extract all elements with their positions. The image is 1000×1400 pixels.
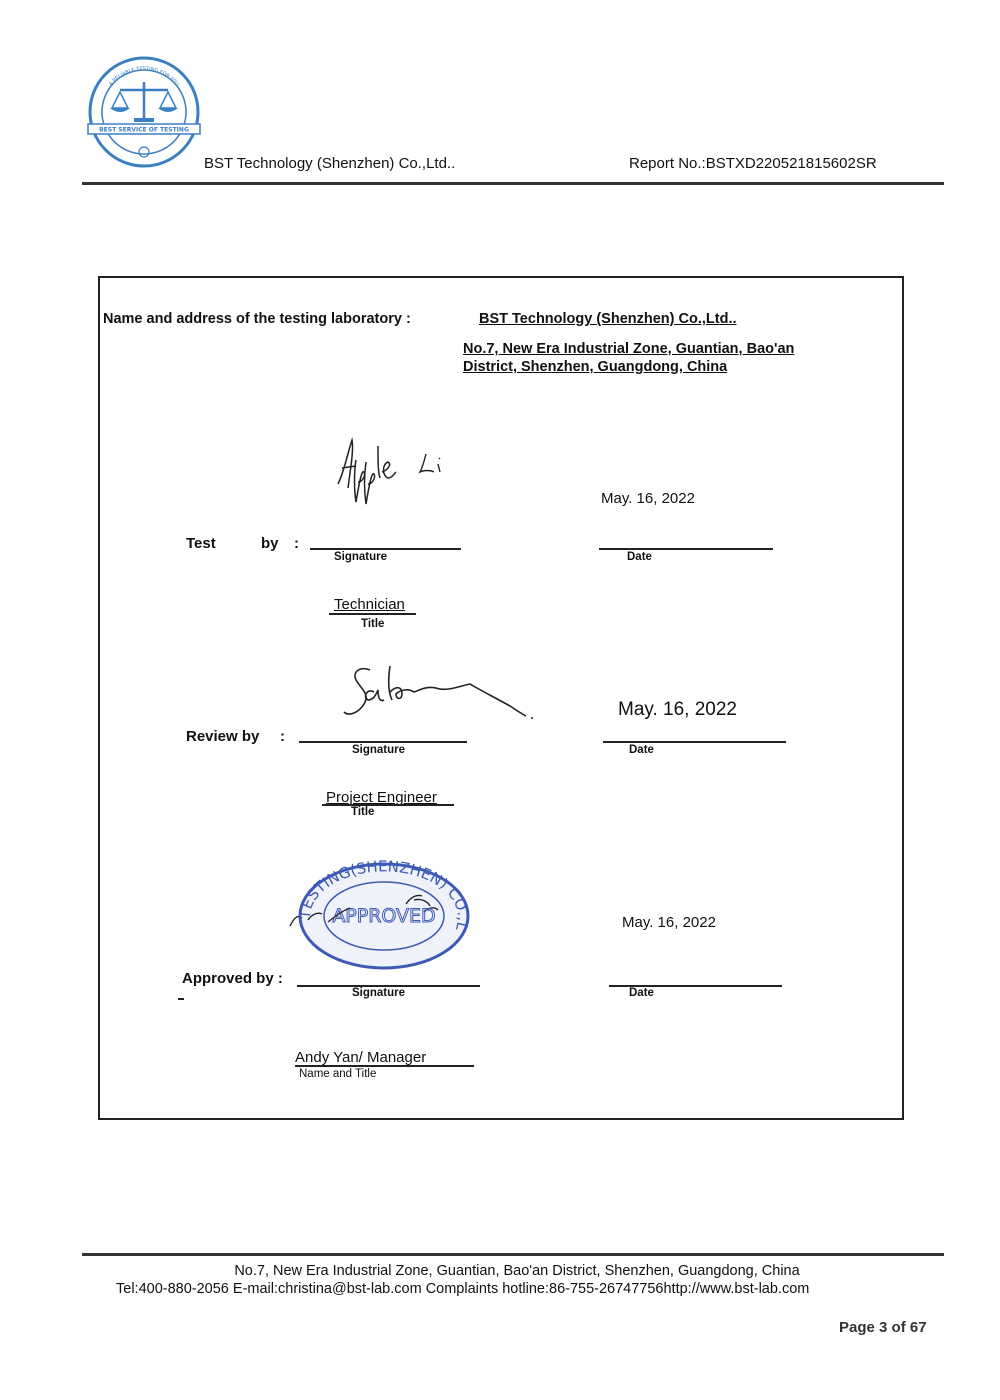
header-divider xyxy=(82,182,944,185)
approved-signature-caption: Signature xyxy=(352,987,405,999)
test-title: Technician xyxy=(334,596,405,613)
company-logo-icon: A RELIABLE TESTING FOR YOU BEST SERVICE … xyxy=(86,56,202,168)
approved-date-caption: Date xyxy=(629,987,654,999)
approved-by-label: Approved by : xyxy=(182,970,283,987)
test-by-label-b: by xyxy=(261,535,279,552)
report-number: Report No.:BSTXD220521815602SR xyxy=(629,155,877,172)
footer-address: No.7, New Era Industrial Zone, Guantian,… xyxy=(0,1263,1000,1279)
lab-address-line1: No.7, New Era Industrial Zone, Guantian,… xyxy=(463,340,863,358)
lab-label: Name and address of the testing laborato… xyxy=(103,311,411,327)
footer-contact: Tel:400-880-2056 E-mail:christina@bst-la… xyxy=(116,1281,809,1297)
review-by-label: Review by xyxy=(186,728,259,745)
review-date-line xyxy=(603,741,786,743)
test-by-label-a: Test xyxy=(186,535,216,552)
approved-name-title: Andy Yan/ Manager xyxy=(295,1049,426,1066)
test-date-caption: Date xyxy=(627,551,652,563)
test-date: May. 16, 2022 xyxy=(601,490,695,507)
test-title-caption: Title xyxy=(361,618,384,630)
lab-name: BST Technology (Shenzhen) Co.,Ltd.. xyxy=(479,311,737,327)
test-by-colon: : xyxy=(294,535,299,552)
approved-name-title-caption: Name and Title xyxy=(299,1068,376,1080)
test-signature-line xyxy=(310,548,461,550)
approved-stamp-icon: BST TESTING(SHENZHEN) CO.,LTD. APPROVED xyxy=(288,858,478,973)
test-signature-image xyxy=(334,432,454,507)
page-number: Page 3 of 67 xyxy=(839,1319,927,1336)
test-title-line xyxy=(329,613,416,615)
svg-text:BEST SERVICE OF TESTING: BEST SERVICE OF TESTING xyxy=(99,127,189,134)
header-company-name: BST Technology (Shenzhen) Co.,Ltd.. xyxy=(204,155,455,172)
review-date: May. 16, 2022 xyxy=(618,699,737,721)
lab-address-line2: District, Shenzhen, Guangdong, China xyxy=(463,358,863,376)
review-title-line xyxy=(322,804,454,806)
review-title-caption: Title xyxy=(351,806,374,818)
approved-name-title-line xyxy=(295,1065,474,1067)
review-signature-line xyxy=(299,741,467,743)
stray-mark xyxy=(178,998,184,1000)
lab-address: No.7, New Era Industrial Zone, Guantian,… xyxy=(463,340,863,376)
review-signature-caption: Signature xyxy=(352,744,405,756)
test-signature-caption: Signature xyxy=(334,551,387,563)
approved-date: May. 16, 2022 xyxy=(622,914,716,931)
review-signature-image xyxy=(340,662,535,722)
review-by-colon: : xyxy=(280,728,285,745)
test-date-line xyxy=(599,548,773,550)
review-date-caption: Date xyxy=(629,744,654,756)
footer-divider xyxy=(82,1253,944,1256)
